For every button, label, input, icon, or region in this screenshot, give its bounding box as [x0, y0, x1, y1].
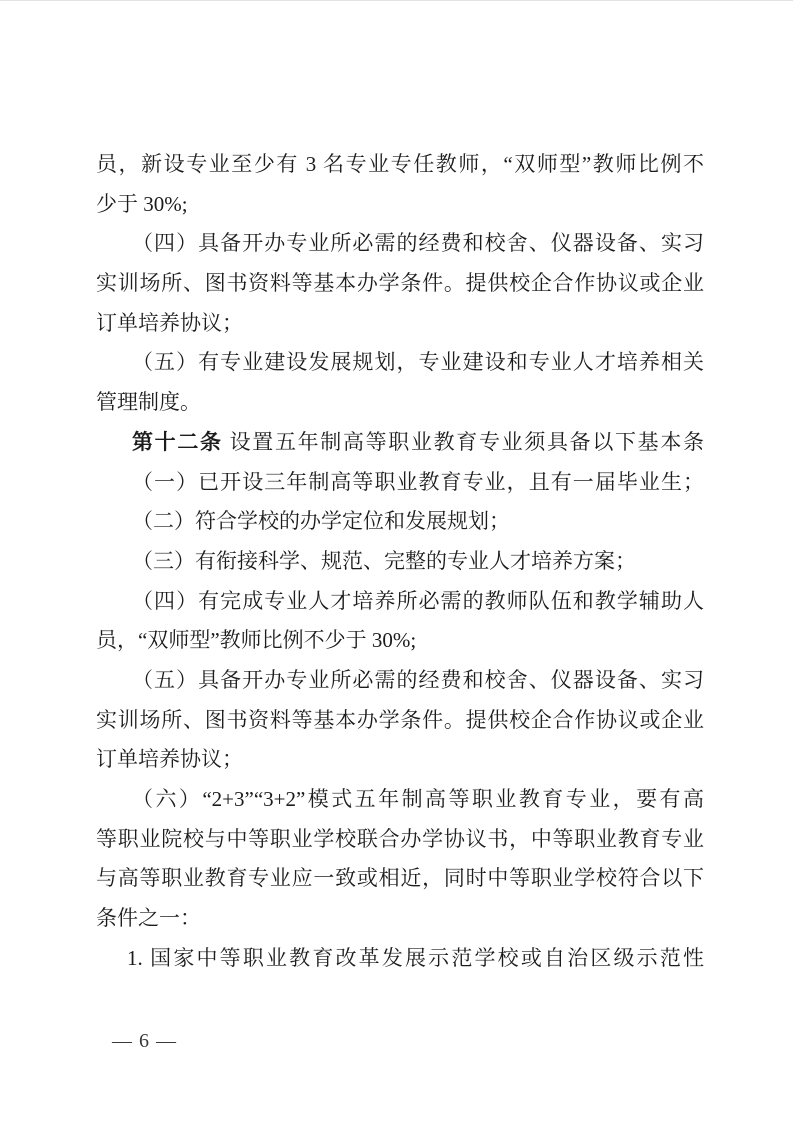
text-line: （二）符合学校的办学定位和发展规划； [96, 502, 704, 542]
text-line: （一）已开设三年制高等职业教育专业，且有一届毕业生； [96, 463, 704, 503]
article-number: 第十二条 [132, 430, 223, 454]
text-line: 第十二条 设置五年制高等职业教育专业须具备以下基本条件： [96, 423, 704, 463]
text-line: （五）有专业建设发展规划，专业建设和专业人才培养相关 [96, 343, 704, 383]
text-line: 订单培养协议； [96, 304, 704, 344]
document-body: 员，新设专业至少有 3 名专业专任教师，“双师型”教师比例不少于 30%;（四）… [96, 145, 704, 978]
text-line: （五）具备开办专业所必需的经费和校舍、仪器设备、实习 [96, 661, 704, 701]
text-line: 管理制度。 [96, 383, 704, 423]
scan-edge-line [0, 0, 793, 1]
text-line: 员，新设专业至少有 3 名专业专任教师，“双师型”教师比例不 [96, 145, 704, 185]
text-line: 员，“双师型”教师比例不少于 30%; [96, 621, 704, 661]
text-line: 订单培养协议； [96, 740, 704, 780]
text-line: （三）有衔接科学、规范、完整的专业人才培养方案； [96, 542, 704, 582]
text-line: 少于 30%; [96, 185, 704, 225]
text-line: 与高等职业教育专业应一致或相近，同时中等职业学校符合以下 [96, 859, 704, 899]
text-line: （四）具备开办专业所必需的经费和校舍、仪器设备、实习 [96, 224, 704, 264]
text-line: 条件之一： [96, 899, 704, 939]
document-page: 员，新设专业至少有 3 名专业专任教师，“双师型”教师比例不少于 30%;（四）… [0, 0, 793, 1122]
text-line: 实训场所、图书资料等基本办学条件。提供校企合作协议或企业 [96, 264, 704, 304]
page-number: — 6 — [112, 1030, 177, 1052]
text-line: 实训场所、图书资料等基本办学条件。提供校企合作协议或企业 [96, 701, 704, 741]
text-line: （四）有完成专业人才培养所必需的教师队伍和教学辅助人 [96, 582, 704, 622]
text-line: 1. 国家中等职业教育改革发展示范学校或自治区级示范性 [96, 939, 704, 979]
text-line: （六）“2+3”“3+2”模式五年制高等职业教育专业，要有高 [96, 780, 704, 820]
text-line: 等职业院校与中等职业学校联合办学协议书，中等职业教育专业 [96, 820, 704, 860]
